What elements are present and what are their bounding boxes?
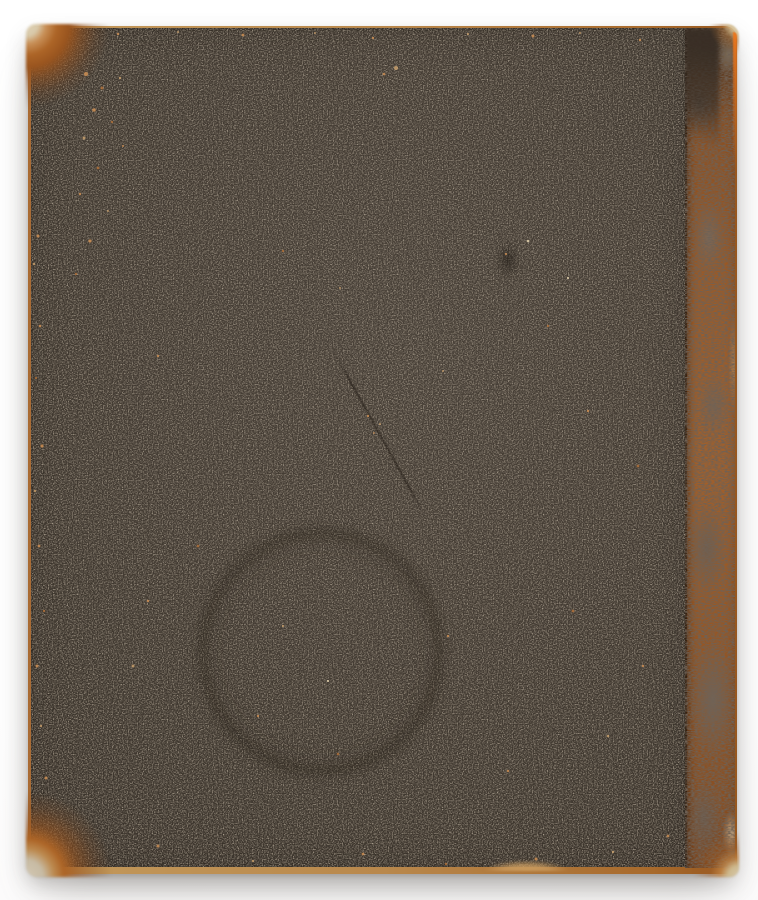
photo-backdrop (0, 0, 758, 900)
wear-speckles-overlay (28, 26, 737, 874)
book-cover (28, 26, 737, 874)
